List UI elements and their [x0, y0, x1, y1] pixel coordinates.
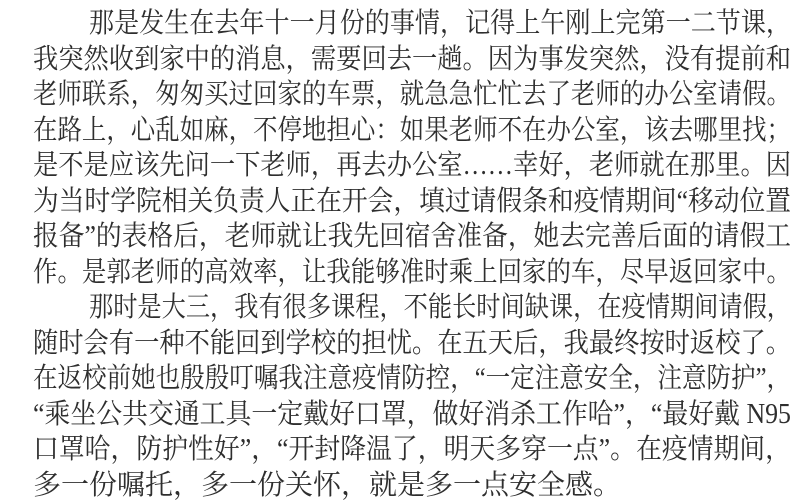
text-line: 随时会有一种不能回到学校的担忧。在五天后，我最终按时返校了。: [33, 326, 791, 362]
line-text: 在路上，心乱如麻，不停地担心：如果老师不在办公室，该去哪里找；: [33, 113, 791, 149]
text-line: 为当时学院相关负责人正在开会，填过请假条和疫情期间“移动位置: [33, 184, 791, 220]
line-text: 我突然收到家中的消息，需要回去一趟。因为事发突然，没有提前和: [33, 42, 791, 78]
text-line: 报备”的表格后，老师就让我先回宿舍准备，她去完善后面的请假工: [33, 219, 791, 255]
text-line: 多一份嘱托，多一份关怀，就是多一点安全感。: [33, 468, 791, 504]
document-page: 那是发生在去年十一月份的事情，记得上午刚上完第一二节课， 我突然收到家中的消息，…: [0, 0, 804, 504]
text-line: “乘坐公共交通工具一定戴好口罩，做好消杀工作哈”，“最好戴 N95: [33, 397, 791, 433]
line-text: 那时是大三，我有很多课程，不能长时间缺课，在疫情期间请假，: [89, 290, 791, 326]
text-line: 口罩哈，防护性好”，“开封降温了，明天多穿一点”。在疫情期间，: [33, 432, 791, 468]
text-line: 是不是应该先问一下老师，再去办公室……幸好，老师就在那里。因: [33, 148, 791, 184]
text-line: 作。是郭老师的高效率，让我能够准时乘上回家的车，尽早返回家中。: [33, 255, 791, 291]
line-text: 那是发生在去年十一月份的事情，记得上午刚上完第一二节课，: [89, 6, 791, 42]
line-text: “乘坐公共交通工具一定戴好口罩，做好消杀工作哈”，“最好戴 N95: [33, 397, 791, 433]
line-text: 为当时学院相关负责人正在开会，填过请假条和疫情期间“移动位置: [33, 184, 791, 220]
text-line: 在返校前她也殷殷叮嘱我注意疫情防控，“一定注意安全，注意防护”，: [33, 361, 791, 397]
text-line: 我突然收到家中的消息，需要回去一趟。因为事发突然，没有提前和: [33, 42, 791, 78]
line-text: 是不是应该先问一下老师，再去办公室……幸好，老师就在那里。因: [33, 148, 791, 184]
text-line: 那是发生在去年十一月份的事情，记得上午刚上完第一二节课，: [33, 6, 791, 42]
line-text: 随时会有一种不能回到学校的担忧。在五天后，我最终按时返校了。: [33, 326, 791, 362]
line-text: 口罩哈，防护性好”，“开封降温了，明天多穿一点”。在疫情期间，: [33, 432, 791, 468]
line-text: 老师联系，匆匆买过回家的车票，就急急忙忙去了老师的办公室请假。: [33, 77, 791, 113]
line-text: 作。是郭老师的高效率，让我能够准时乘上回家的车，尽早返回家中。: [33, 255, 791, 291]
line-text: 多一份嘱托，多一份关怀，就是多一点安全感。: [33, 468, 621, 504]
text-line: 老师联系，匆匆买过回家的车票，就急急忙忙去了老师的办公室请假。: [33, 77, 791, 113]
line-text: 在返校前她也殷殷叮嘱我注意疫情防控，“一定注意安全，注意防护”，: [33, 361, 791, 397]
text-line: 在路上，心乱如麻，不停地担心：如果老师不在办公室，该去哪里找；: [33, 113, 791, 149]
line-text: 报备”的表格后，老师就让我先回宿舍准备，她去完善后面的请假工: [33, 219, 791, 255]
text-line: 那时是大三，我有很多课程，不能长时间缺课，在疫情期间请假，: [33, 290, 791, 326]
